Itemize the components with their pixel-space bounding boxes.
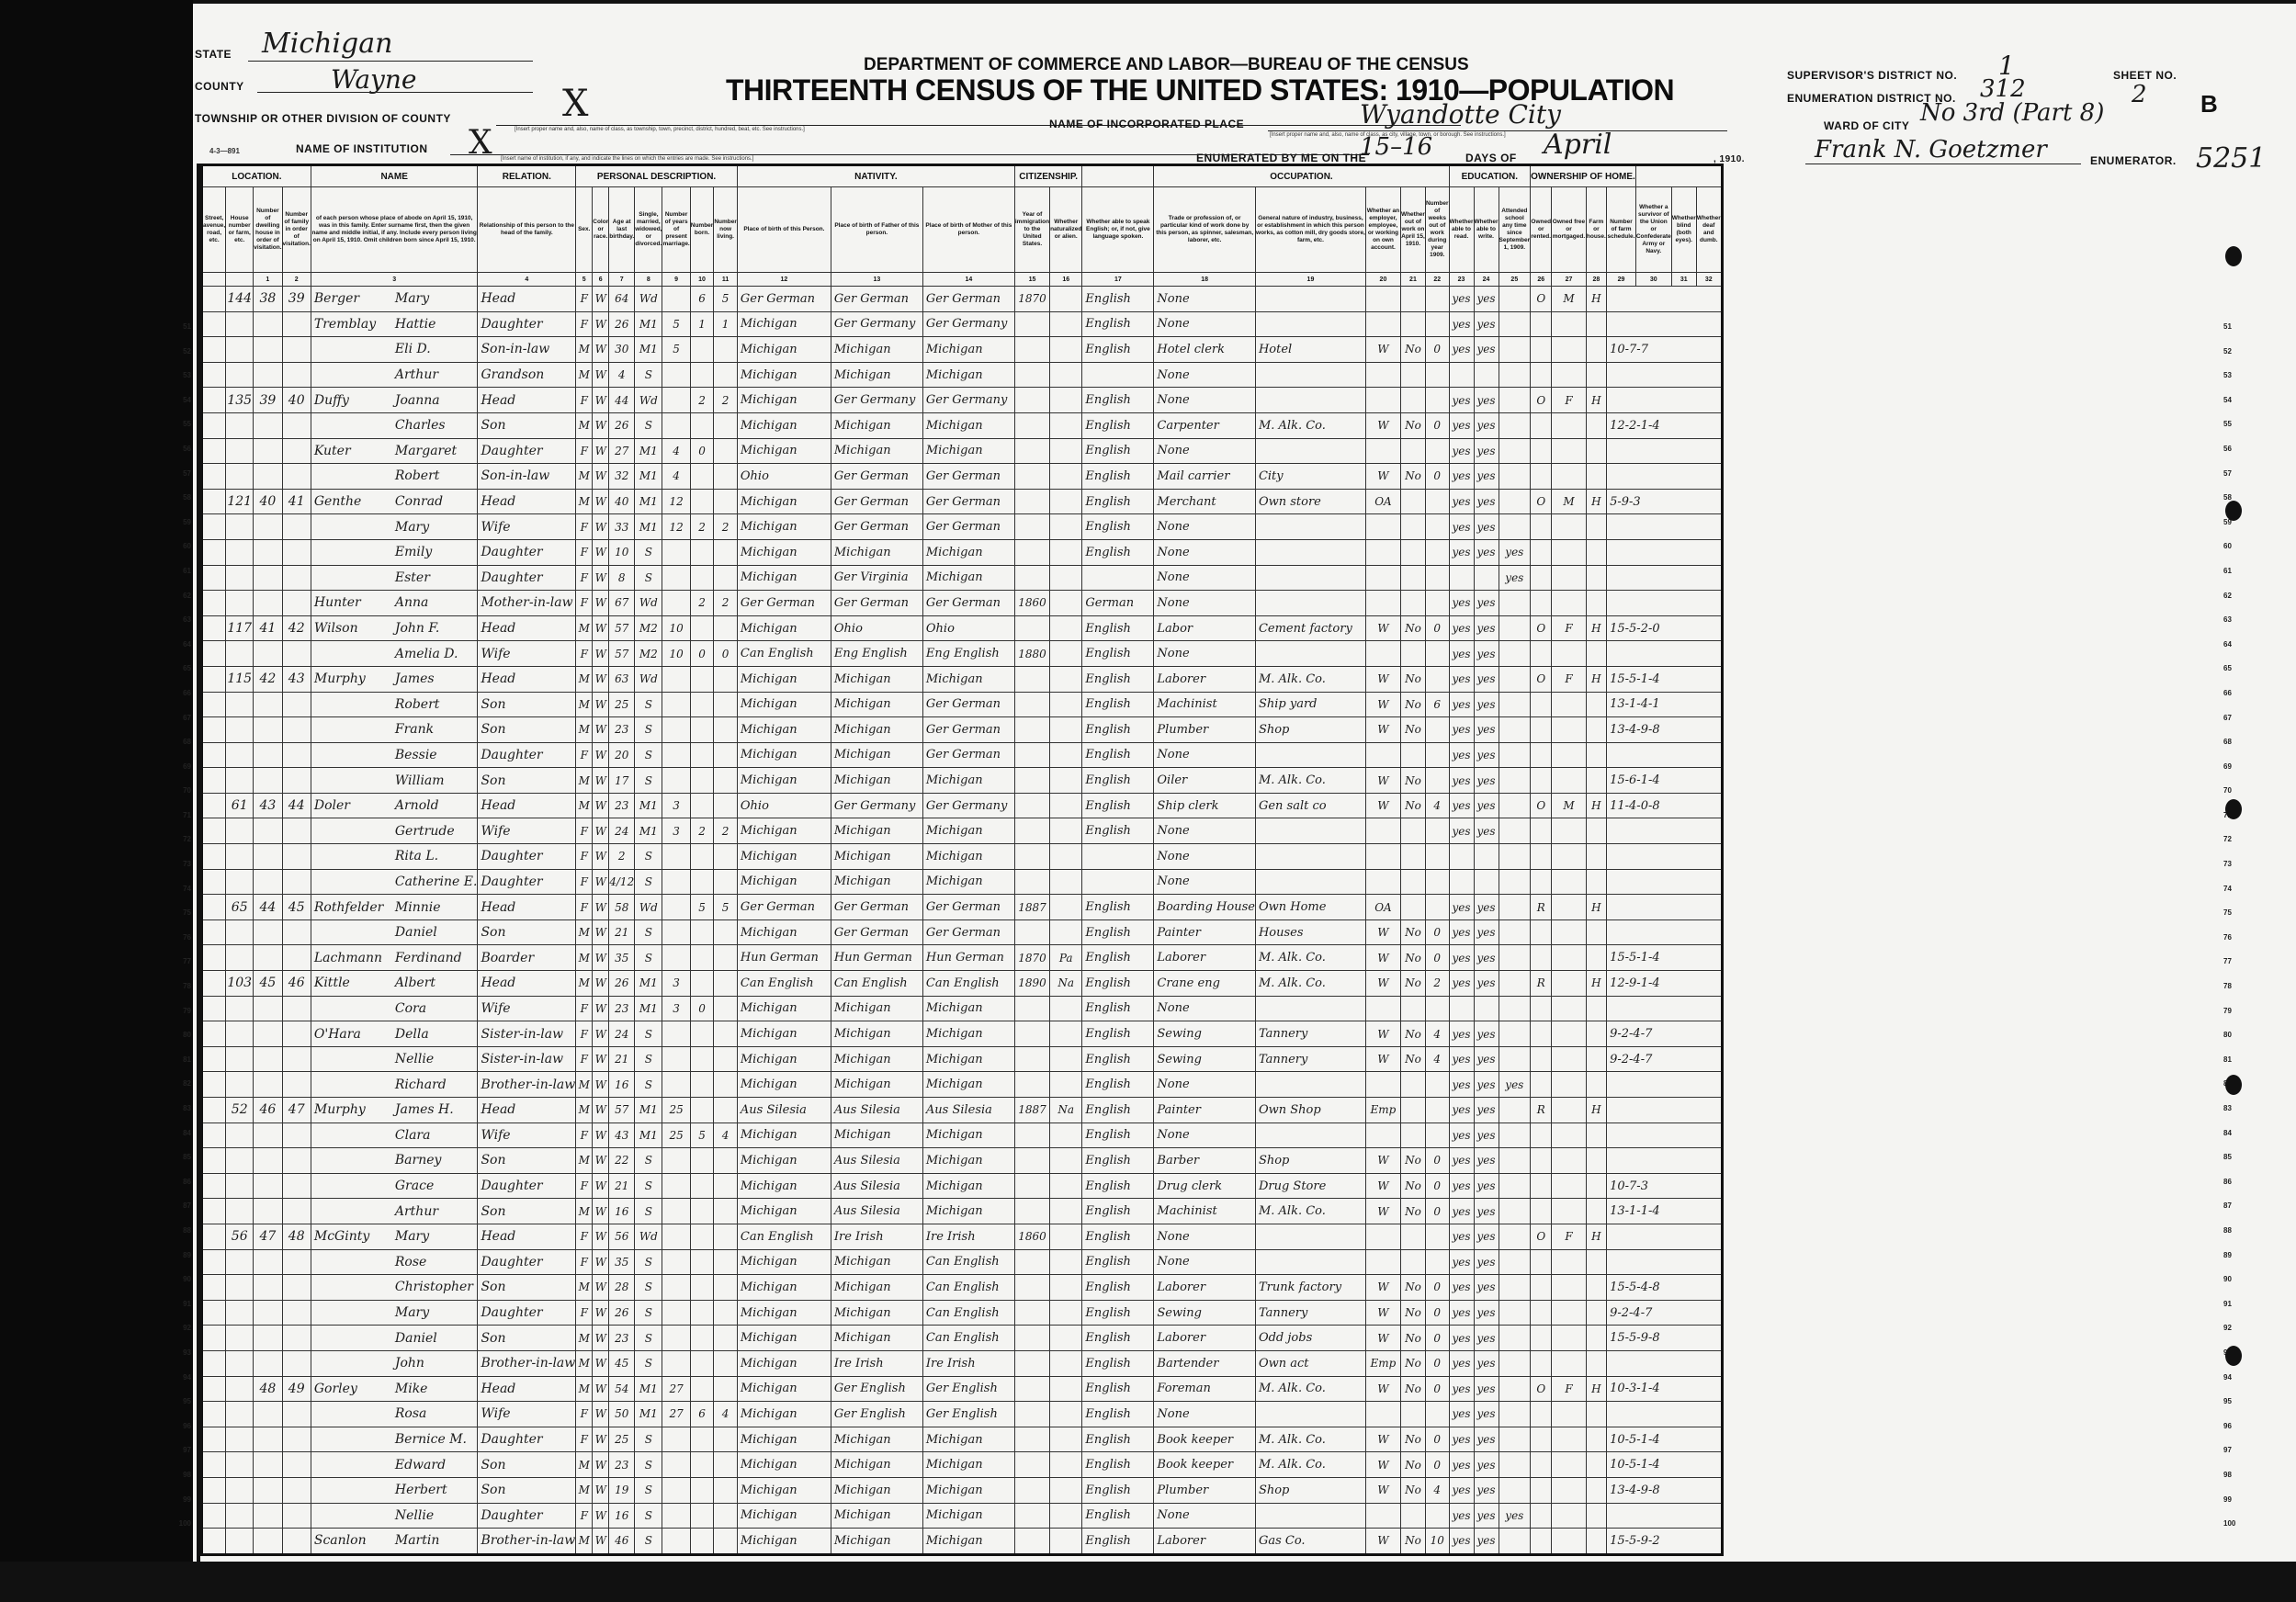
cell-age: 56 <box>609 1224 635 1249</box>
cell-ind: M. Alk. Co. <box>1255 1199 1365 1224</box>
cell-name: Edward <box>311 1452 478 1478</box>
cell-marital: S <box>635 768 662 794</box>
cell-nat <box>1050 641 1082 667</box>
cell-bm: Michigan <box>922 869 1014 895</box>
cell-ind <box>1255 869 1365 895</box>
line-number: 86 <box>2223 1170 2242 1195</box>
cell-living <box>714 1350 738 1376</box>
cell-family: 49 <box>282 1376 311 1402</box>
cell-family <box>282 869 311 895</box>
cell-born <box>690 489 714 514</box>
column-number: 29 <box>1607 273 1636 287</box>
cell-sch <box>1499 1427 1531 1452</box>
cell-imm <box>1014 692 1049 717</box>
cell-cls: W <box>1365 1477 1400 1503</box>
cell-bf: Ire Irish <box>831 1224 922 1249</box>
cell-living <box>714 1376 738 1402</box>
cell-house <box>226 996 254 1021</box>
township-value: X <box>562 83 588 125</box>
line-number: 64 <box>2223 633 2242 658</box>
cell-family: 44 <box>282 793 311 818</box>
cell-rd: yes <box>1449 1021 1474 1047</box>
cell-imm: 1887 <box>1014 1098 1049 1123</box>
cell-fh <box>1586 818 1606 844</box>
cell-sch <box>1499 1173 1531 1199</box>
cell-race: W <box>593 818 609 844</box>
cell-name: Grace <box>311 1173 478 1199</box>
cell-marital: M1 <box>635 514 662 540</box>
cell-wk <box>1425 438 1449 464</box>
cell-bf: Ohio <box>831 615 922 641</box>
cell-imm <box>1014 1452 1049 1478</box>
cell-wr <box>1474 362 1499 388</box>
cell-sch <box>1499 287 1531 312</box>
line-number: 69 <box>171 755 191 780</box>
cell-wr: yes <box>1474 412 1499 438</box>
cell-bf: Michigan <box>831 1427 922 1452</box>
cell-dwelling <box>254 591 282 616</box>
cell-sched: 13-4-9-8 <box>1607 717 1723 743</box>
cell-age: 35 <box>609 945 635 971</box>
cell-ind: Shop <box>1255 1148 1365 1174</box>
cell-trade: Crane eng <box>1154 971 1256 997</box>
cell-wk <box>1425 1123 1449 1148</box>
cell-bm: Michigan <box>922 1452 1014 1478</box>
cell-wk: 4 <box>1425 793 1449 818</box>
cell-relation: Daughter <box>478 1249 576 1275</box>
cell-relation: Daughter <box>478 1173 576 1199</box>
line-number: 92 <box>171 1316 191 1341</box>
cell-bm: Michigan <box>922 1173 1014 1199</box>
cell-wk: 0 <box>1425 1350 1449 1376</box>
cell-nat <box>1050 844 1082 870</box>
cell-family: 48 <box>282 1224 311 1249</box>
cell-family <box>282 337 311 363</box>
cell-rd: yes <box>1449 818 1474 844</box>
cell-bm: Ohio <box>922 615 1014 641</box>
cell-imm <box>1014 1326 1049 1351</box>
cell-race: W <box>593 1199 609 1224</box>
cell-cls: W <box>1365 464 1400 490</box>
cell-eng: English <box>1082 1224 1154 1249</box>
cell-family <box>282 1123 311 1148</box>
cell-marital: S <box>635 1452 662 1478</box>
cell-ow: No <box>1400 1326 1425 1351</box>
cell-born <box>690 869 714 895</box>
cell-fh <box>1586 768 1606 794</box>
cell-yrs <box>662 692 690 717</box>
line-number: 85 <box>2223 1145 2242 1170</box>
cell-race: W <box>593 591 609 616</box>
cell-family <box>282 565 311 591</box>
cell-house <box>226 818 254 844</box>
cell-ind <box>1255 742 1365 768</box>
table-row: 1174142WilsonJohn F.HeadMW57M210Michigan… <box>202 615 1723 641</box>
cell-living: 2 <box>714 388 738 413</box>
line-number: 90 <box>171 1268 191 1292</box>
cell-bp: Ger German <box>737 895 831 920</box>
cell-age: 26 <box>609 412 635 438</box>
cell-name: BergerMary <box>311 287 478 312</box>
cell-born <box>690 1199 714 1224</box>
col-race: Color or race. <box>593 187 609 273</box>
cell-ow: No <box>1400 1350 1425 1376</box>
cell-sch <box>1499 337 1531 363</box>
cell-dwelling: 42 <box>254 666 282 692</box>
cell-age: 58 <box>609 895 635 920</box>
cell-rd: yes <box>1449 1326 1474 1351</box>
cell-street <box>202 287 226 312</box>
cell-name: Gertrude <box>311 818 478 844</box>
cell-street <box>202 641 226 667</box>
cell-wk: 0 <box>1425 1300 1449 1326</box>
cell-family <box>282 1046 311 1072</box>
cell-yrs <box>662 844 690 870</box>
cell-race: W <box>593 388 609 413</box>
cell-ow: No <box>1400 1275 1425 1301</box>
cell-bp: Can English <box>737 1224 831 1249</box>
cell-cls <box>1365 591 1400 616</box>
cell-bf: Ger Virginia <box>831 565 922 591</box>
cell-nat <box>1050 717 1082 743</box>
enumeration-days: 15–16 <box>1360 133 1432 161</box>
cell-street <box>202 1046 226 1072</box>
cell-bp: Michigan <box>737 311 831 337</box>
cell-name: ScanlonMartin <box>311 1529 478 1555</box>
cell-name: Mary <box>311 514 478 540</box>
given-name: Christopher <box>395 1280 473 1294</box>
cell-sched <box>1607 514 1723 540</box>
state-value: Michigan <box>262 28 392 60</box>
cell-ow <box>1400 311 1425 337</box>
cell-born <box>690 1148 714 1174</box>
cell-mtg <box>1552 1477 1586 1503</box>
line-number: 56 <box>171 437 191 462</box>
cell-rd <box>1449 565 1474 591</box>
column-group-10 <box>1635 165 1722 187</box>
cell-ind: Gen salt co <box>1255 793 1365 818</box>
cell-mtg <box>1552 591 1586 616</box>
cell-own <box>1531 742 1552 768</box>
cell-bf: Michigan <box>831 692 922 717</box>
cell-eng: English <box>1082 438 1154 464</box>
cell-cls <box>1365 287 1400 312</box>
line-number: 75 <box>2223 901 2242 926</box>
cell-cls <box>1365 996 1400 1021</box>
cell-wr: yes <box>1474 1224 1499 1249</box>
cell-mtg <box>1552 1173 1586 1199</box>
cell-bf: Aus Silesia <box>831 1199 922 1224</box>
cell-sched <box>1607 565 1723 591</box>
given-name: Grace <box>395 1179 434 1193</box>
given-name: Nellie <box>395 1508 434 1523</box>
col-weeks-out: Number of weeks out of work during year … <box>1425 187 1449 273</box>
cell-living: 0 <box>714 641 738 667</box>
cell-imm <box>1014 1300 1049 1326</box>
cell-age: 8 <box>609 565 635 591</box>
cell-born: 2 <box>690 591 714 616</box>
cell-eng: English <box>1082 1046 1154 1072</box>
cell-relation: Head <box>478 1376 576 1402</box>
cell-nat <box>1050 1224 1082 1249</box>
line-number: 70 <box>171 779 191 804</box>
cell-sch <box>1499 1402 1531 1427</box>
cell-dwelling <box>254 438 282 464</box>
cell-marital: S <box>635 565 662 591</box>
column-number: 18 <box>1154 273 1256 287</box>
cell-marital: S <box>635 1046 662 1072</box>
given-name: Conrad <box>395 494 443 509</box>
cell-bf: Michigan <box>831 1046 922 1072</box>
punch-hole <box>2225 501 2242 521</box>
cell-sched: 13-1-4-1 <box>1607 692 1723 717</box>
cell-ow <box>1400 287 1425 312</box>
cell-name: Herbert <box>311 1477 478 1503</box>
cell-trade: None <box>1154 514 1256 540</box>
cell-yrs <box>662 388 690 413</box>
cell-street <box>202 768 226 794</box>
line-number: 59 <box>171 511 191 536</box>
cell-sched <box>1607 464 1723 490</box>
cell-sched: 15-5-9-2 <box>1607 1529 1723 1555</box>
cell-sex: M <box>576 919 593 945</box>
line-number: 67 <box>171 706 191 731</box>
col-school: Attended school any time since September… <box>1499 187 1531 273</box>
surname: O'Hara <box>314 1027 395 1042</box>
cell-relation: Grandson <box>478 362 576 388</box>
cell-cls <box>1365 1224 1400 1249</box>
cell-ind <box>1255 1503 1365 1529</box>
given-name: Robert <box>395 697 440 712</box>
cell-bm: Ger German <box>922 717 1014 743</box>
cell-nat <box>1050 692 1082 717</box>
county-label: COUNTY <box>195 80 244 93</box>
cell-name: Charles <box>311 412 478 438</box>
cell-marital: S <box>635 1275 662 1301</box>
cell-bf: Michigan <box>831 666 922 692</box>
cell-relation: Brother-in-law <box>478 1529 576 1555</box>
cell-nat <box>1050 591 1082 616</box>
cell-name: Richard <box>311 1072 478 1098</box>
cell-rd: yes <box>1449 768 1474 794</box>
cell-street <box>202 1072 226 1098</box>
cell-fh <box>1586 412 1606 438</box>
cell-sch <box>1499 1148 1531 1174</box>
column-subheader-row: Street, avenue, road, etc. House number … <box>202 187 1723 273</box>
cell-imm <box>1014 388 1049 413</box>
cell-rd: yes <box>1449 895 1474 920</box>
township-instruction: [Insert proper name and, also, name of c… <box>515 127 805 132</box>
cell-living <box>714 565 738 591</box>
cell-wr: yes <box>1474 971 1499 997</box>
table-row: LachmannFerdinandBoarderMW35SHun GermanH… <box>202 945 1723 971</box>
cell-ind: Own store <box>1255 489 1365 514</box>
cell-sex: M <box>576 412 593 438</box>
cell-bp: Michigan <box>737 1072 831 1098</box>
cell-bp: Michigan <box>737 717 831 743</box>
cell-sex: F <box>576 565 593 591</box>
cell-mtg <box>1552 539 1586 565</box>
cell-fh: H <box>1586 793 1606 818</box>
cell-marital: S <box>635 919 662 945</box>
cell-relation: Wife <box>478 1402 576 1427</box>
cell-cls <box>1365 1072 1400 1098</box>
cell-marital: S <box>635 1477 662 1503</box>
cell-fh <box>1586 1350 1606 1376</box>
table-row: FrankSonMW23SMichiganMichiganGer GermanE… <box>202 717 1723 743</box>
col-age: Age at last birthday. <box>609 187 635 273</box>
cell-sex: M <box>576 1072 593 1098</box>
line-number: 76 <box>2223 926 2242 951</box>
cell-bf: Michigan <box>831 1249 922 1275</box>
cell-rd: yes <box>1449 539 1474 565</box>
cell-fh <box>1586 1123 1606 1148</box>
cell-race: W <box>593 1021 609 1047</box>
cell-trade: Merchant <box>1154 489 1256 514</box>
cell-sch <box>1499 1224 1531 1249</box>
ward-value: No 3rd (Part 8) <box>1920 99 2104 127</box>
cell-age: 33 <box>609 514 635 540</box>
given-name: Mike <box>395 1382 428 1396</box>
cell-sex: M <box>576 692 593 717</box>
cell-race: W <box>593 1402 609 1427</box>
cell-rd: yes <box>1449 1376 1474 1402</box>
cell-wk <box>1425 1098 1449 1123</box>
cell-family <box>282 1402 311 1427</box>
cell-nat: Pa <box>1050 945 1082 971</box>
cell-ow <box>1400 1402 1425 1427</box>
cell-rd: yes <box>1449 1300 1474 1326</box>
cell-sex: M <box>576 1477 593 1503</box>
cell-cls: W <box>1365 1300 1400 1326</box>
cell-wr: yes <box>1474 1452 1499 1478</box>
table-row: MaryWifeFW33M11222MichiganGer GermanGer … <box>202 514 1723 540</box>
cell-fh <box>1586 996 1606 1021</box>
cell-mtg <box>1552 337 1586 363</box>
cell-sex: F <box>576 514 593 540</box>
cell-marital: M1 <box>635 311 662 337</box>
cell-bf: Michigan <box>831 717 922 743</box>
ward-label: WARD OF CITY <box>1824 119 1909 132</box>
cell-born <box>690 539 714 565</box>
cell-sch: yes <box>1499 539 1531 565</box>
cell-own <box>1531 1249 1552 1275</box>
cell-relation: Wife <box>478 818 576 844</box>
cell-race: W <box>593 1503 609 1529</box>
cell-sch <box>1499 1021 1531 1047</box>
cell-ind <box>1255 1072 1365 1098</box>
table-row: ScanlonMartinBrother-in-lawMW46SMichigan… <box>202 1529 1723 1555</box>
cell-family: 42 <box>282 615 311 641</box>
cell-wk <box>1425 565 1449 591</box>
cell-own <box>1531 1427 1552 1452</box>
cell-house <box>226 1427 254 1452</box>
month-value: April <box>1544 129 1612 161</box>
cell-bf: Michigan <box>831 438 922 464</box>
cell-ow: No <box>1400 717 1425 743</box>
cell-sex: M <box>576 768 593 794</box>
cell-born <box>690 1300 714 1326</box>
col-industry: General nature of industry, business, or… <box>1255 187 1365 273</box>
cell-wk: 0 <box>1425 337 1449 363</box>
line-number: 80 <box>171 1023 191 1048</box>
col-sex: Sex. <box>576 187 593 273</box>
table-row: Rita L.DaughterFW2SMichiganMichiganMichi… <box>202 844 1723 870</box>
surname: Genthe <box>314 494 395 509</box>
cell-house <box>226 1503 254 1529</box>
cell-ind <box>1255 1402 1365 1427</box>
cell-nat <box>1050 1300 1082 1326</box>
cell-street <box>202 844 226 870</box>
line-number: 93 <box>171 1341 191 1366</box>
cell-bf: Ger German <box>831 489 922 514</box>
cell-relation: Head <box>478 1224 576 1249</box>
cell-eng <box>1082 869 1154 895</box>
line-number: 87 <box>2223 1194 2242 1219</box>
cell-relation: Head <box>478 793 576 818</box>
cell-bp: Michigan <box>737 1452 831 1478</box>
cell-yrs: 5 <box>662 311 690 337</box>
cell-cls: W <box>1365 1148 1400 1174</box>
column-number: 5 <box>576 273 593 287</box>
cell-trade: Sewing <box>1154 1021 1256 1047</box>
cell-relation: Head <box>478 971 576 997</box>
cell-relation: Head <box>478 615 576 641</box>
cell-street <box>202 1021 226 1047</box>
cell-wr: yes <box>1474 539 1499 565</box>
cell-rd: yes <box>1449 591 1474 616</box>
cell-sex: F <box>576 287 593 312</box>
cell-living <box>714 844 738 870</box>
institution-value: X <box>469 124 492 162</box>
cell-fh <box>1586 1072 1606 1098</box>
col-children-living: Number now living. <box>714 187 738 273</box>
cell-imm: 1860 <box>1014 591 1049 616</box>
column-number: 15 <box>1014 273 1049 287</box>
cell-street <box>202 362 226 388</box>
cell-own <box>1531 1326 1552 1351</box>
census-rows: 1443839BergerMaryHeadFW64Wd65Ger GermanG… <box>202 287 1723 1555</box>
cell-yrs: 3 <box>662 818 690 844</box>
cell-born <box>690 919 714 945</box>
cell-family: 39 <box>282 287 311 312</box>
cell-nat <box>1050 1529 1082 1555</box>
cell-sex: F <box>576 1046 593 1072</box>
cell-dwelling <box>254 1350 282 1376</box>
cell-yrs <box>662 1452 690 1478</box>
cell-family <box>282 919 311 945</box>
cell-age: 23 <box>609 1326 635 1351</box>
cell-cls <box>1365 565 1400 591</box>
cell-sex: F <box>576 311 593 337</box>
cell-mtg <box>1552 717 1586 743</box>
cell-name: Emily <box>311 539 478 565</box>
cell-wk: 0 <box>1425 1427 1449 1452</box>
cell-fh <box>1586 337 1606 363</box>
cell-bm: Michigan <box>922 768 1014 794</box>
cell-relation: Wife <box>478 641 576 667</box>
cell-sch <box>1499 996 1531 1021</box>
cell-race: W <box>593 1326 609 1351</box>
cell-sch <box>1499 919 1531 945</box>
cell-age: 57 <box>609 641 635 667</box>
cell-own: R <box>1531 971 1552 997</box>
cell-ind: M. Alk. Co. <box>1255 945 1365 971</box>
cell-family <box>282 1503 311 1529</box>
cell-name: LachmannFerdinand <box>311 945 478 971</box>
cell-own: R <box>1531 1098 1552 1123</box>
cell-marital: S <box>635 945 662 971</box>
